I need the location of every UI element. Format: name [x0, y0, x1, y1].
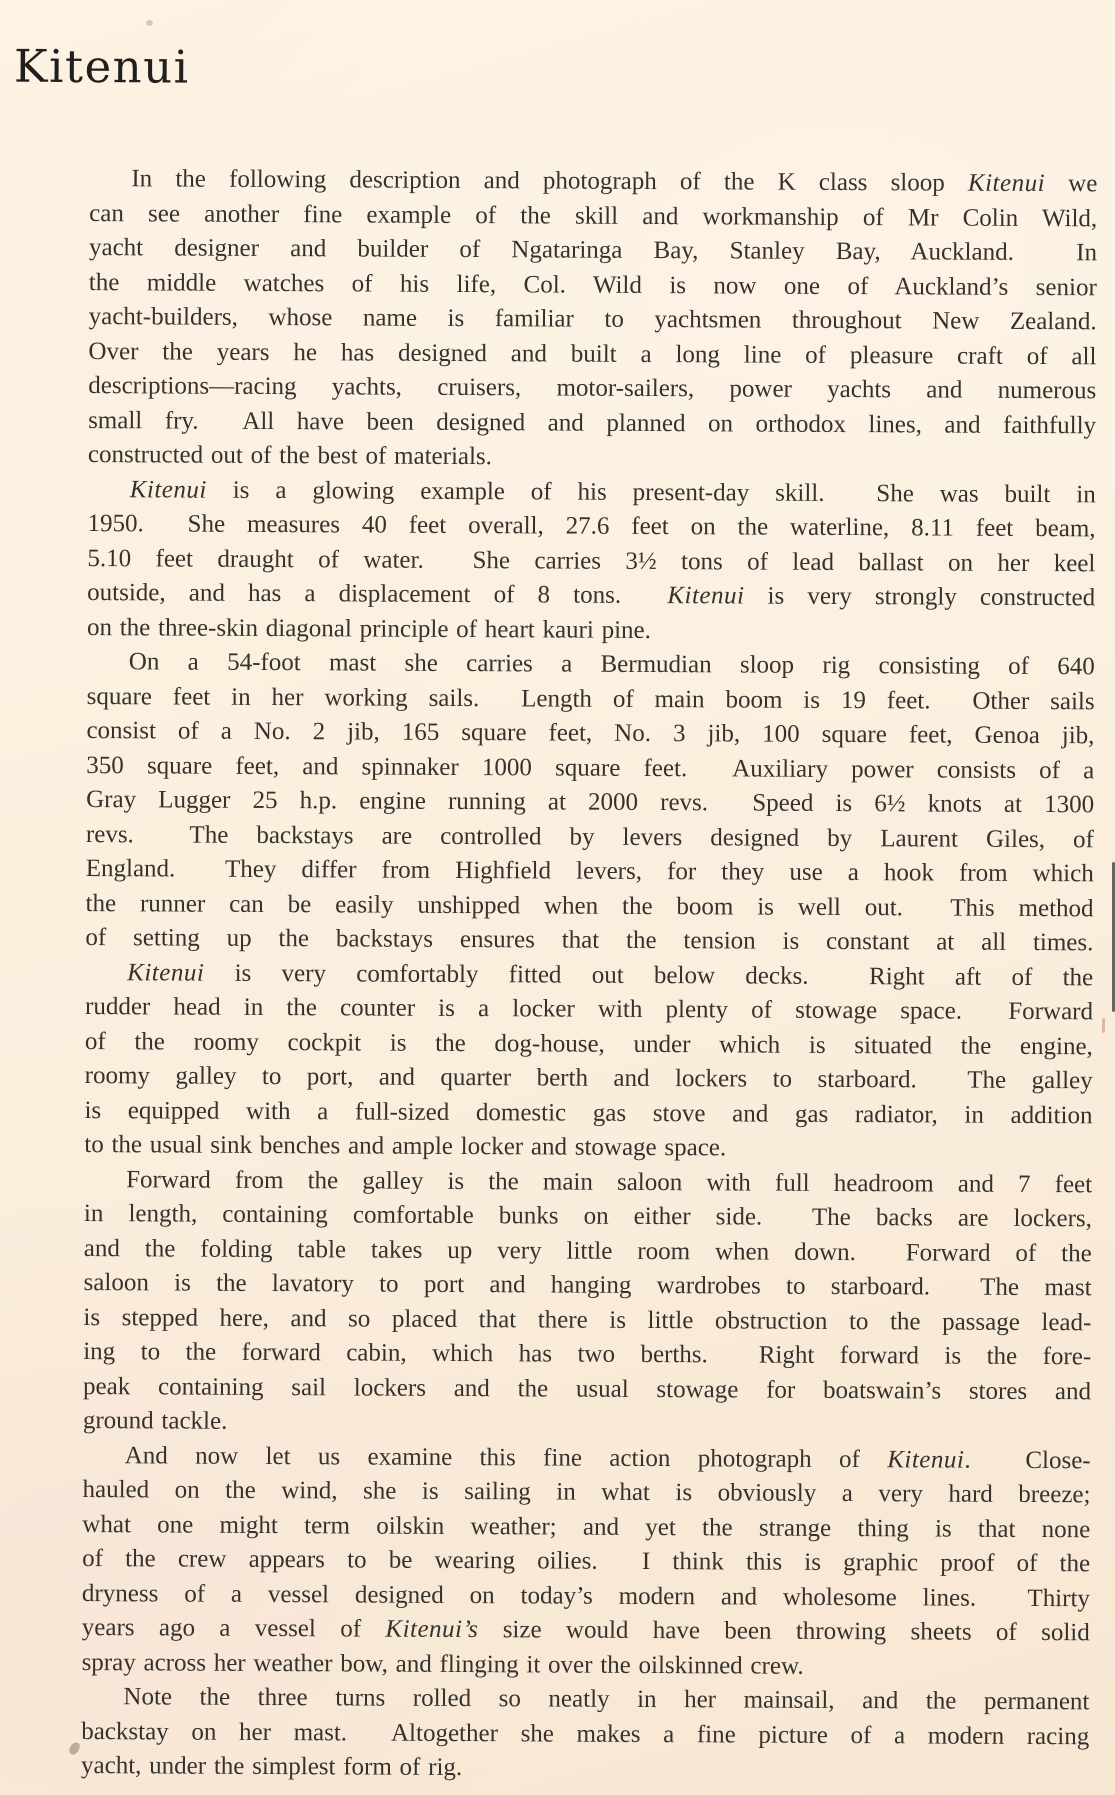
text-line: is equipped with a full-sized domestic g… [84, 1094, 1092, 1134]
page-title: Kitenui [14, 40, 190, 94]
text-line: England. They differ from Highfield leve… [86, 852, 1094, 892]
text-line: consist of a No. 2 jib, 165 square feet,… [86, 714, 1094, 754]
text-line: Kitenui is very comfortably fitted out b… [85, 956, 1093, 996]
paragraph: Kitenui is very comfortably fitted out b… [84, 956, 1093, 1168]
text-line: In the following description and photogr… [89, 162, 1097, 202]
text-line: 5.10 feet draught of water. She carries … [87, 542, 1095, 582]
paragraph: And now let us examine this fine action … [82, 1439, 1091, 1686]
text-line: And now let us examine this fine action … [83, 1439, 1091, 1479]
text-line: the runner can be easily unshipped when … [85, 887, 1093, 927]
text-line: Gray Lugger 25 h.p. engine running at 20… [86, 783, 1094, 823]
text-line: to the usual sink benches and ample lock… [84, 1128, 1092, 1168]
paragraph: In the following description and photogr… [88, 162, 1098, 478]
text-line: ground tackle. [83, 1404, 1091, 1444]
text-line: Kitenui is a glowing example of his pres… [88, 473, 1096, 513]
text-line: hauled on the wind, she is sailing in wh… [82, 1473, 1090, 1513]
text-line: 1950. She measures 40 feet overall, 27.6… [87, 507, 1095, 547]
text-line: ing to the forward cabin, which has two … [83, 1335, 1091, 1375]
text-line: constructed out of the best of materials… [88, 438, 1096, 478]
text-line: of the roomy cockpit is the dog-house, u… [85, 1025, 1093, 1065]
text-line: square feet in her working sails. Length… [87, 680, 1095, 720]
paragraph: On a 54-foot mast she carries a Bermudia… [85, 645, 1095, 961]
text-line: of setting up the backstays ensures that… [85, 921, 1093, 961]
paragraph: Note the three turns rolled so neatly in… [81, 1680, 1090, 1789]
text-line: revs. The backstays are controlled by le… [86, 818, 1094, 858]
text-line: the middle watches of his life, Col. Wil… [89, 266, 1097, 306]
text-line: on the three-skin diagonal principle of … [87, 611, 1095, 651]
text-line: years ago a vessel of Kitenui’s size wou… [82, 1611, 1090, 1651]
text-line: in length, containing comfortable bunks … [84, 1197, 1092, 1237]
text-line: 350 square feet, and spinnaker 1000 squa… [86, 749, 1094, 789]
text-line: yacht-builders, whose name is familiar t… [89, 300, 1097, 340]
text-line: Forward from the galley is the main salo… [84, 1163, 1092, 1203]
scanned-page-content: Kitenui In the following description and… [0, 0, 1115, 1795]
paragraph: Kitenui is a glowing example of his pres… [87, 473, 1096, 651]
text-line: small fry. All have been designed and pl… [88, 404, 1096, 444]
paragraph: Forward from the galley is the main salo… [83, 1163, 1092, 1444]
scan-speck [146, 20, 153, 26]
text-line: Note the three turns rolled so neatly in… [81, 1680, 1089, 1720]
text-line: is stepped here, and so placed that ther… [83, 1301, 1091, 1341]
book-page: Kitenui In the following description and… [0, 0, 1115, 1795]
text-line: what one might term oilskin weather; and… [82, 1508, 1090, 1548]
text-line: roomy galley to port, and quarter berth … [85, 1059, 1093, 1099]
text-line: yacht designer and builder of Ngataringa… [89, 231, 1097, 271]
text-line: rudder head in the counter is a locker w… [85, 990, 1093, 1030]
text-line: On a 54-foot mast she carries a Bermudia… [87, 645, 1095, 685]
text-line: descriptions—racing yachts, cruisers, mo… [88, 369, 1096, 409]
text-line: can see another fine example of the skil… [89, 197, 1097, 237]
text-line: peak containing sail lockers and the usu… [83, 1370, 1091, 1410]
text-line: dryness of a vessel designed on today’s … [82, 1577, 1090, 1617]
page-body: In the following description and photogr… [81, 162, 1097, 1789]
text-line: Over the years he has designed and built… [88, 335, 1096, 375]
text-line: and the folding table takes up very litt… [84, 1232, 1092, 1272]
text-line: outside, and has a displacement of 8 ton… [87, 576, 1095, 616]
scan-edge-mark [1102, 1018, 1105, 1033]
text-line: saloon is the lavatory to port and hangi… [84, 1266, 1092, 1306]
text-line: yacht, under the simplest form of rig. [81, 1749, 1089, 1789]
text-line: backstay on her mast. Altogether she mak… [81, 1715, 1089, 1755]
text-line: of the crew appears to be wearing oilies… [82, 1542, 1090, 1582]
text-line: spray across her weather bow, and flingi… [82, 1646, 1090, 1686]
